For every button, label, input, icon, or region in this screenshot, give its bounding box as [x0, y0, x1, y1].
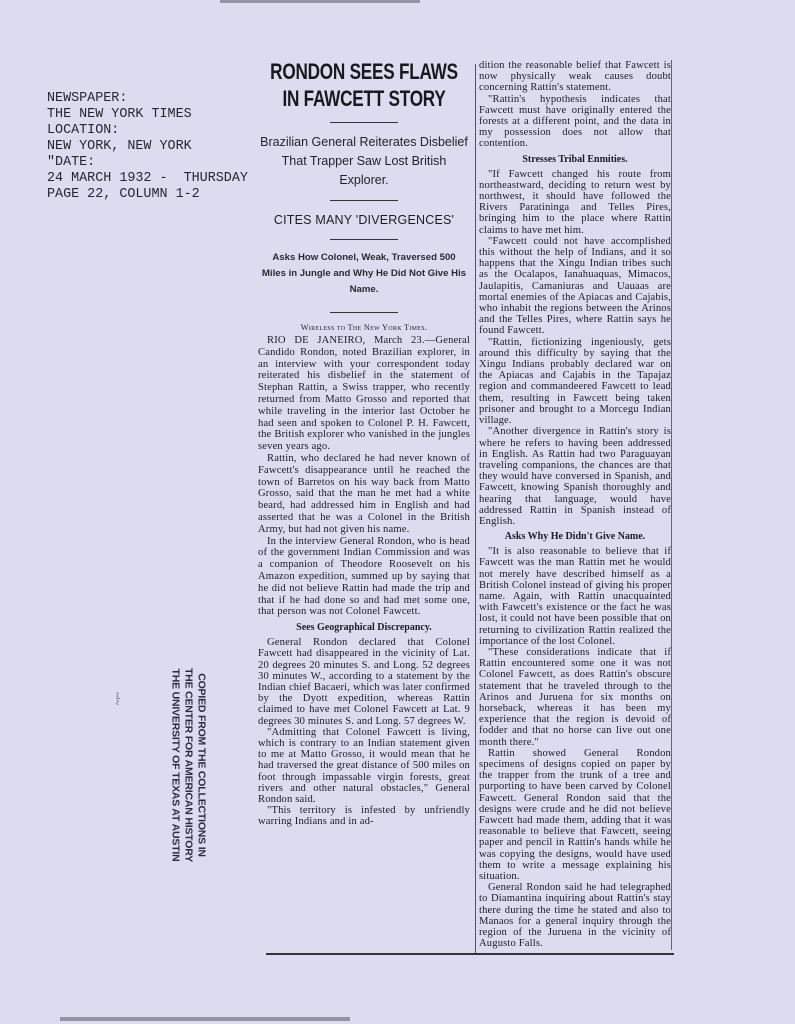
paragraph: "Rattin's hypothesis indicates that Fawc… [479, 94, 671, 150]
body-left: RIO DE JANEIRO, March 23.—General Candid… [258, 335, 470, 618]
stamp-line: THE UNIVERSITY OF TEXAS AT AUSTIN [168, 645, 181, 885]
stamp-line: COPIED FROM THE COLLECTIONS IN [194, 645, 207, 885]
deck-primary: Brazilian General Reiterates Disbelief T… [258, 133, 470, 190]
wire-credit: Wireless to The New York Times. [258, 323, 470, 332]
paragraph: General Rondon declared that Colonel Faw… [258, 637, 470, 727]
paragraph: General Rondon said he had telegraphed t… [479, 882, 671, 949]
meta-line: 24 MARCH 1932 - THURSDAY [47, 171, 248, 187]
scan-edge-bottom [60, 1017, 350, 1021]
meta-line: PAGE 22, COLUMN 1-2 [47, 187, 248, 203]
paragraph: In the interview General Rondon, who is … [258, 536, 470, 619]
body-right-3: "It is also reasonable to believe that i… [479, 546, 671, 949]
meta-line: NEW YORK, NEW YORK [47, 139, 248, 155]
divider-rule [330, 200, 398, 201]
archive-stamp: COPIED FROM THE COLLECTIONS IN THE CENTE… [140, 645, 235, 885]
paragraph: RIO DE JANEIRO, March 23.—General Candid… [258, 335, 470, 453]
paragraph: dition the reasonable belief that Fawcet… [479, 60, 671, 94]
clipping-metadata: NEWSPAPER:THE NEW YORK TIMESLOCATION:NEW… [47, 91, 248, 203]
column-left: RONDON SEES FLAWS IN FAWCETT STORY Brazi… [258, 50, 470, 828]
paragraph: "Admitting that Colonel Fawcett is livin… [258, 727, 470, 805]
meta-line: "DATE: [47, 155, 248, 171]
deck-tertiary: Asks How Colonel, Weak, Traversed 500 Mi… [258, 250, 470, 298]
paragraph: "It is also reasonable to believe that i… [479, 546, 671, 647]
clipping-bottom-rule [266, 953, 674, 955]
divider-rule [330, 122, 398, 123]
meta-line: THE NEW YORK TIMES [47, 107, 248, 123]
paragraph: Rattin, who declared he had never known … [258, 453, 470, 536]
body-right-2: "If Fawcett changed his route from north… [479, 169, 671, 528]
body-right: dition the reasonable belief that Fawcet… [479, 60, 671, 150]
clipping-edge [671, 60, 672, 950]
stamp-line: THE CENTER FOR AMERICAN HISTORY [181, 645, 194, 885]
headline: RONDON SEES FLAWS IN FAWCETT STORY [258, 58, 470, 112]
paragraph: "If Fawcett changed his route from north… [479, 169, 671, 236]
column-right: dition the reasonable belief that Fawcet… [479, 60, 671, 949]
subheading: Stresses Tribal Enmities. [479, 154, 671, 165]
meta-line: LOCATION: [47, 123, 248, 139]
handwritten-mark: ~ᵗ~ [111, 692, 122, 705]
paragraph: "This territory is infested by unfriendl… [258, 805, 470, 827]
scan-edge-top [220, 0, 420, 3]
paragraph: "Rattin, fictionizing ingeniously, gets … [479, 337, 671, 427]
divider-rule [330, 239, 398, 240]
newspaper-clipping: RONDON SEES FLAWS IN FAWCETT STORY Brazi… [258, 50, 674, 962]
paragraph: "These considerations indicate that if R… [479, 647, 671, 748]
subheading: Asks Why He Didn't Give Name. [479, 531, 671, 542]
deck-secondary: CITES MANY 'DIVERGENCES' [258, 211, 470, 229]
meta-line: NEWSPAPER: [47, 91, 248, 107]
paragraph: "Fawcett could not have accomplished thi… [479, 236, 671, 337]
subheading: Sees Geographical Discrepancy. [258, 622, 470, 633]
divider-rule [330, 312, 398, 313]
headline-line: RONDON SEES FLAWS [258, 58, 470, 85]
headline-line: IN FAWCETT STORY [258, 85, 470, 112]
column-divider [475, 64, 476, 954]
body-left-continued: General Rondon declared that Colonel Faw… [258, 637, 470, 827]
paragraph: "Another divergence in Rattin's story is… [479, 426, 671, 527]
paragraph: Rattin showed General Rondon specimens o… [479, 748, 671, 882]
